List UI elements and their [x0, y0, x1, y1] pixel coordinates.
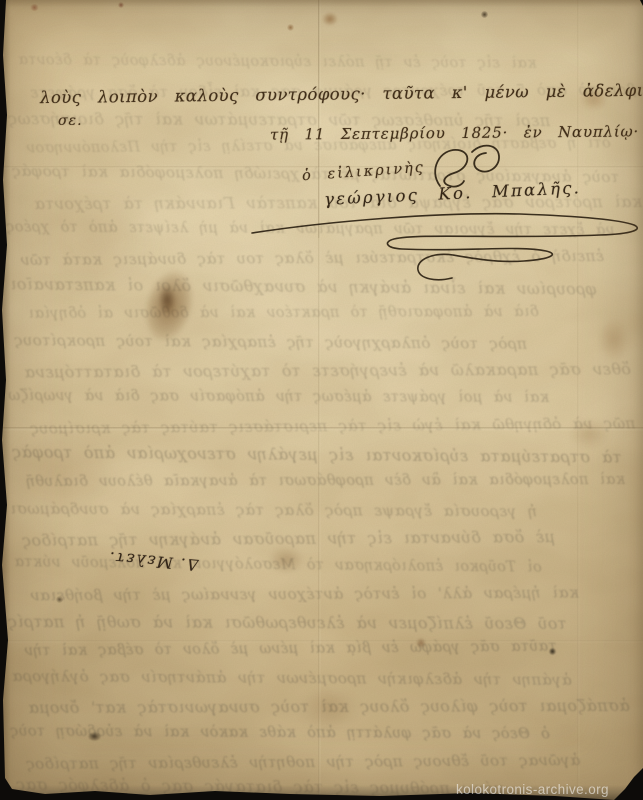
watermark-text: kolokotronis-archive.org: [456, 782, 609, 797]
signature-paraph-flourish: [0, 0, 643, 800]
letter-page: καὶ εἰς τοὺς ἐν τῇ πόλει εὑρισκομένους ἀ…: [0, 0, 643, 800]
document-photo: καὶ εἰς τοὺς ἐν τῇ πόλει εὑρισκομένους ἀ…: [0, 0, 643, 800]
